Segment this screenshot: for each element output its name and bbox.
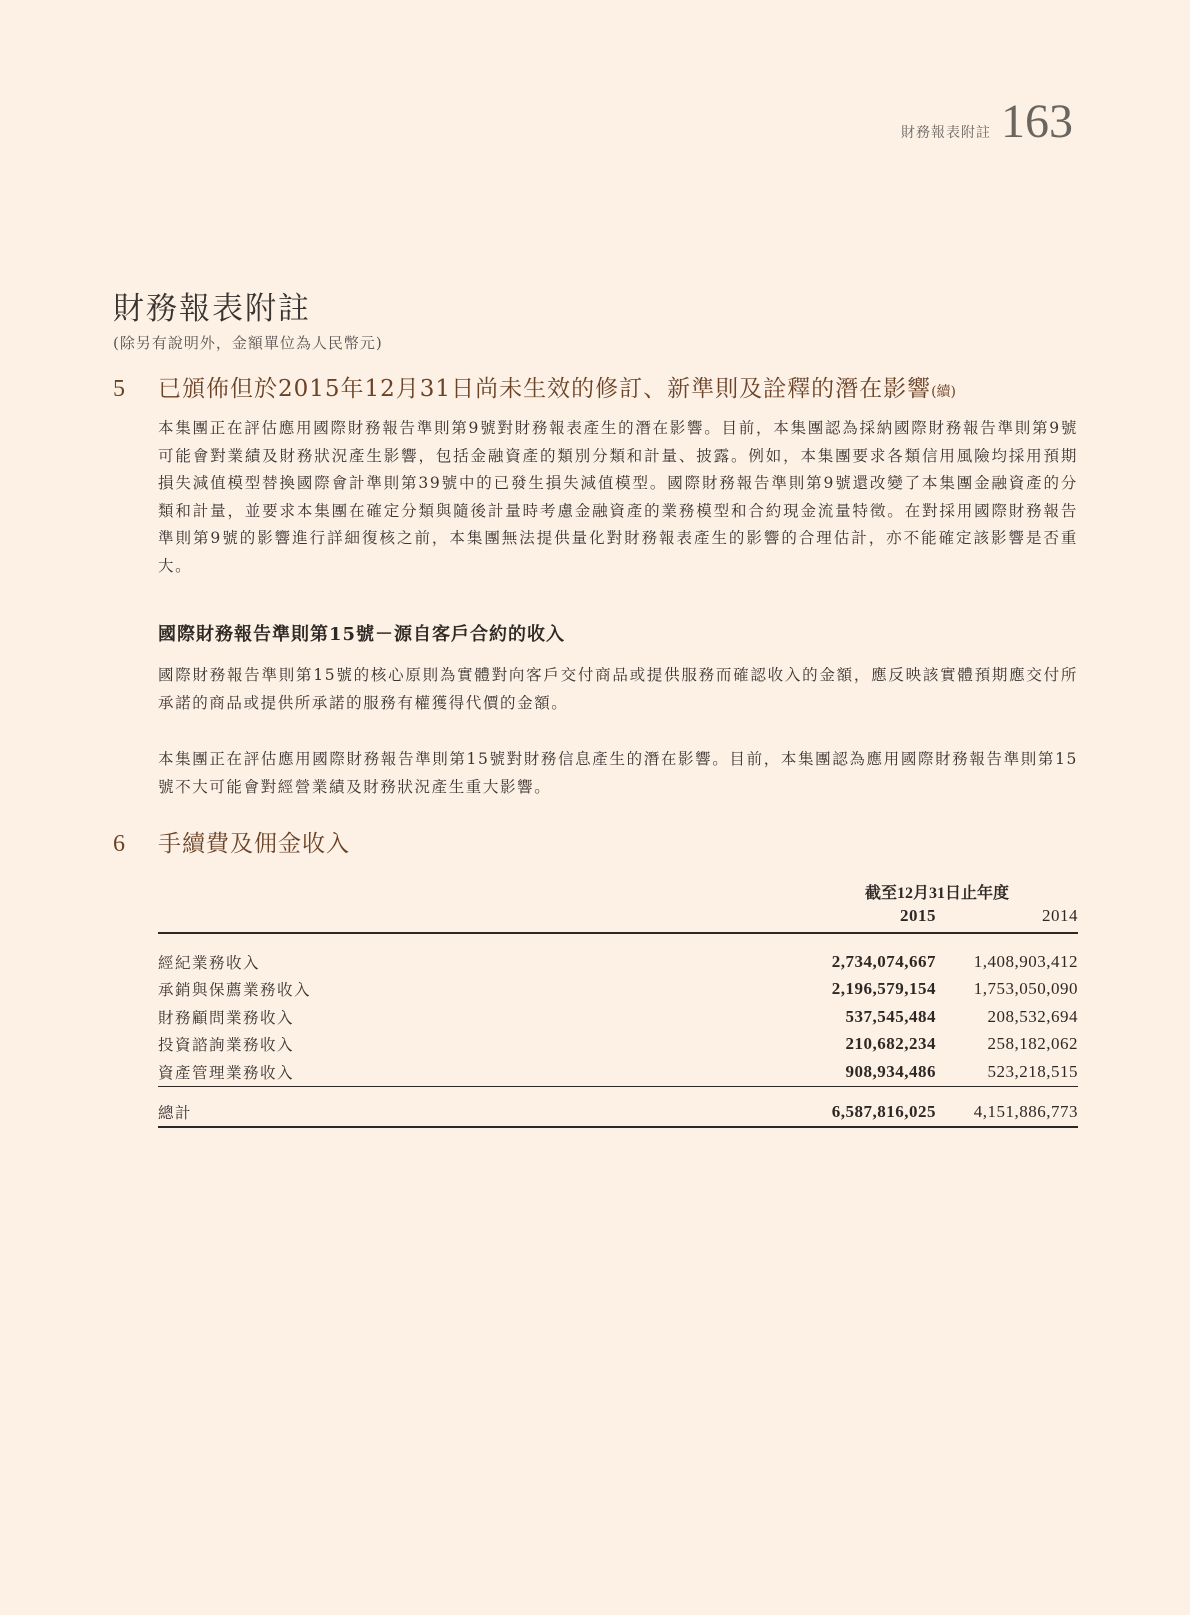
row-label: 經紀業務收入 [158,948,796,976]
value-2015: 210,682,234 [796,1031,936,1059]
section-title: 手續費及佣金收入 [158,825,350,858]
total-row: 總計 6,587,816,025 4,151,886,773 [158,1099,1078,1128]
value-2014: 258,182,062 [936,1031,1078,1059]
running-title: 財務報表附註 [901,122,991,142]
column-header-2015: 2015 [796,906,936,933]
value-2014: 208,532,694 [936,1003,1078,1031]
paragraph-ifrs9: 本集團正在評估應用國際財務報告準則第9號對財務報表產生的潛在影響。目前，本集團認… [158,415,1078,580]
section-5-heading: 5 已頒佈但於2015年12月31日尚未生效的修訂、新準則及詮釋的潛在影響 (續… [113,370,956,403]
section-title: 已頒佈但於2015年12月31日尚未生效的修訂、新準則及詮釋的潛在影響 [158,370,931,403]
year-header-row: 2015 2014 [158,906,1078,933]
section-6-heading: 6 手續費及佣金收入 [113,825,350,858]
document-subtitle: (除另有說明外，金額單位為人民幣元) [113,332,383,353]
divider [158,1127,1078,1130]
total-2014: 4,151,886,773 [936,1099,1078,1128]
section-number: 6 [113,831,158,858]
document-title: 財務報表附註 [113,283,311,328]
divider [158,933,1078,948]
value-2015: 2,196,579,154 [796,976,936,1004]
row-label: 承銷與保薦業務收入 [158,976,796,1004]
divider [158,1086,1078,1099]
subheading-ifrs15: 國際財務報告準則第15號－源自客戶合約的收入 [158,620,565,646]
table-row: 承銷與保薦業務收入 2,196,579,154 1,753,050,090 [158,976,1078,1004]
value-2014: 1,753,050,090 [936,976,1078,1004]
row-label: 資產管理業務收入 [158,1058,796,1086]
table-row: 投資諮詢業務收入 210,682,234 258,182,062 [158,1031,1078,1059]
period-header: 截至12月31日止年度 [796,876,1078,906]
table-row: 經紀業務收入 2,734,074,667 1,408,903,412 [158,948,1078,976]
value-2014: 1,408,903,412 [936,948,1078,976]
continued-marker: (續) [931,381,956,401]
value-2014: 523,218,515 [936,1058,1078,1086]
page-header: 財務報表附註 163 [901,98,1073,146]
paragraph-ifrs15-assessment: 本集團正在評估應用國際財務報告準則第15號對財務信息產生的潛在影響。目前，本集團… [158,746,1078,801]
value-2015: 908,934,486 [796,1058,936,1086]
section-number: 5 [113,376,158,403]
table-row: 財務顧問業務收入 537,545,484 208,532,694 [158,1003,1078,1031]
table-row: 資產管理業務收入 908,934,486 523,218,515 [158,1058,1078,1086]
paragraph-ifrs15-principle: 國際財務報告準則第15號的核心原則為實體對向客戶交付商品或提供服務而確認收入的金… [158,662,1078,717]
row-label: 投資諮詢業務收入 [158,1031,796,1059]
value-2015: 2,734,074,667 [796,948,936,976]
commission-income-table: 截至12月31日止年度 2015 2014 經紀業務收入 2,734,074,6… [158,876,1078,1130]
value-2015: 537,545,484 [796,1003,936,1031]
column-header-2014: 2014 [936,906,1078,933]
period-header-row: 截至12月31日止年度 [158,876,1078,906]
total-2015: 6,587,816,025 [796,1099,936,1128]
total-label: 總計 [158,1099,796,1128]
row-label: 財務顧問業務收入 [158,1003,796,1031]
page-number: 163 [1001,98,1073,146]
